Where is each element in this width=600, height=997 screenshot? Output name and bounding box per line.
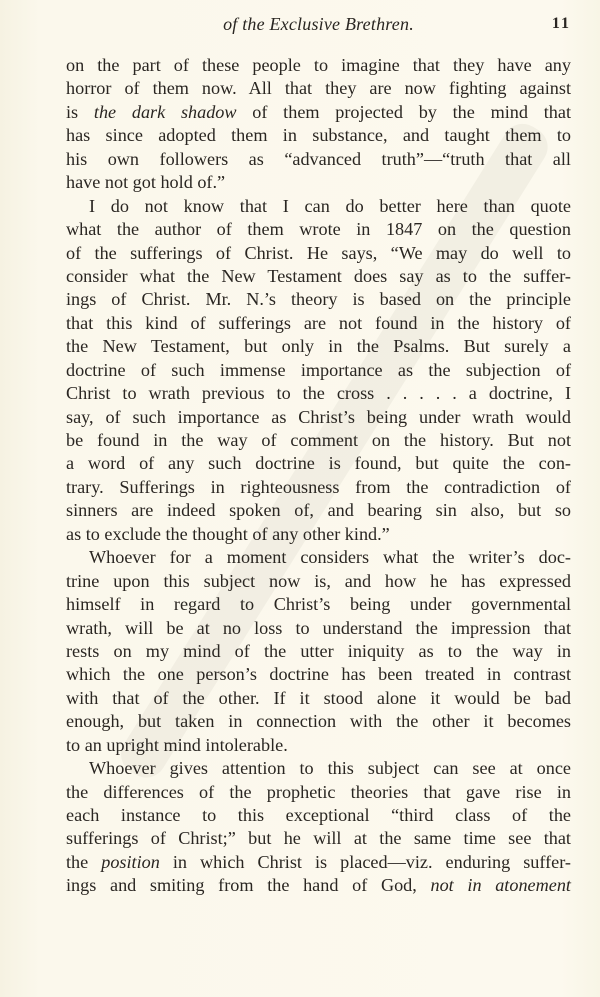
text-line: wrath, will be at no loss to understand … xyxy=(66,617,571,640)
text-segment: ings and smiting from the hand of God, xyxy=(66,875,430,895)
text-line: horror of them now. All that they are no… xyxy=(66,77,571,100)
italic-emphasis: position xyxy=(101,852,160,872)
text-line: consider what the New Testament does say… xyxy=(66,265,571,288)
text-line: the position in which Christ is placed—v… xyxy=(66,851,571,874)
text-line: what the author of them wrote in 1847 on… xyxy=(66,218,571,241)
text-line: the New Testament, but only in the Psalm… xyxy=(66,335,571,358)
text-line: Christ to wrath previous to the cross . … xyxy=(66,382,571,405)
text-line: on the part of these people to imagine t… xyxy=(66,54,571,77)
text-line: himself in regard to Christ’s being unde… xyxy=(66,593,571,616)
text-line: which the one person’s doctrine has been… xyxy=(66,663,571,686)
text-line: a word of any such doctrine is found, bu… xyxy=(66,452,571,475)
text-line: that this kind of sufferings are not fou… xyxy=(66,312,571,335)
book-page: of the Exclusive Brethren. 11 on the par… xyxy=(0,0,600,997)
text-line: trine upon this subject now is, and how … xyxy=(66,570,571,593)
text-line: with that of the other. If it stood alon… xyxy=(66,687,571,710)
text-line: Whoever gives attention to this subject … xyxy=(66,757,571,780)
text-line: each instance to this exceptional “third… xyxy=(66,804,571,827)
italic-emphasis: the dark shadow xyxy=(94,102,237,122)
text-line: as to exclude the thought of any other k… xyxy=(66,523,571,546)
text-line: ings of Christ. Mr. N.’s theory is based… xyxy=(66,288,571,311)
body-text: on the part of these people to imagine t… xyxy=(66,54,571,898)
text-segment: in which Christ is placed—viz. enduring … xyxy=(160,852,571,872)
text-line: sufferings of Christ;” but he will at th… xyxy=(66,827,571,850)
text-line: is the dark shadow of them projected by … xyxy=(66,101,571,124)
text-line: his own followers as “advanced truth”—“t… xyxy=(66,148,571,171)
page-number: 11 xyxy=(552,15,571,33)
text-line: trary. Sufferings in righteousness from … xyxy=(66,476,571,499)
text-line: I do not know that I can do better here … xyxy=(66,195,571,218)
text-segment: of them projected by the mind that xyxy=(237,102,571,122)
text-line: have not got hold of.” xyxy=(66,171,571,194)
text-line: Whoever for a moment considers what the … xyxy=(66,546,571,569)
text-line: be found in the way of comment on the hi… xyxy=(66,429,571,452)
text-line: ings and smiting from the hand of God, n… xyxy=(66,874,571,897)
text-line: sinners are indeed spoken of, and bearin… xyxy=(66,499,571,522)
text-line: has since adopted them in substance, and… xyxy=(66,124,571,147)
text-segment: is xyxy=(66,102,94,122)
text-line: enough, but taken in connection with the… xyxy=(66,710,571,733)
running-title: of the Exclusive Brethren. xyxy=(66,14,571,35)
text-segment: the xyxy=(66,852,101,872)
text-line: rests on my mind of the utter iniquity a… xyxy=(66,640,571,663)
page-header: of the Exclusive Brethren. 11 xyxy=(66,14,571,36)
italic-emphasis: not in atonement xyxy=(430,875,571,895)
text-line: say, of such importance as Christ’s bein… xyxy=(66,406,571,429)
text-line: of the sufferings of Christ. He says, “W… xyxy=(66,242,571,265)
text-line: doctrine of such immense importance as t… xyxy=(66,359,571,382)
text-line: to an upright mind intolerable. xyxy=(66,734,571,757)
text-line: the differences of the prophetic theorie… xyxy=(66,781,571,804)
